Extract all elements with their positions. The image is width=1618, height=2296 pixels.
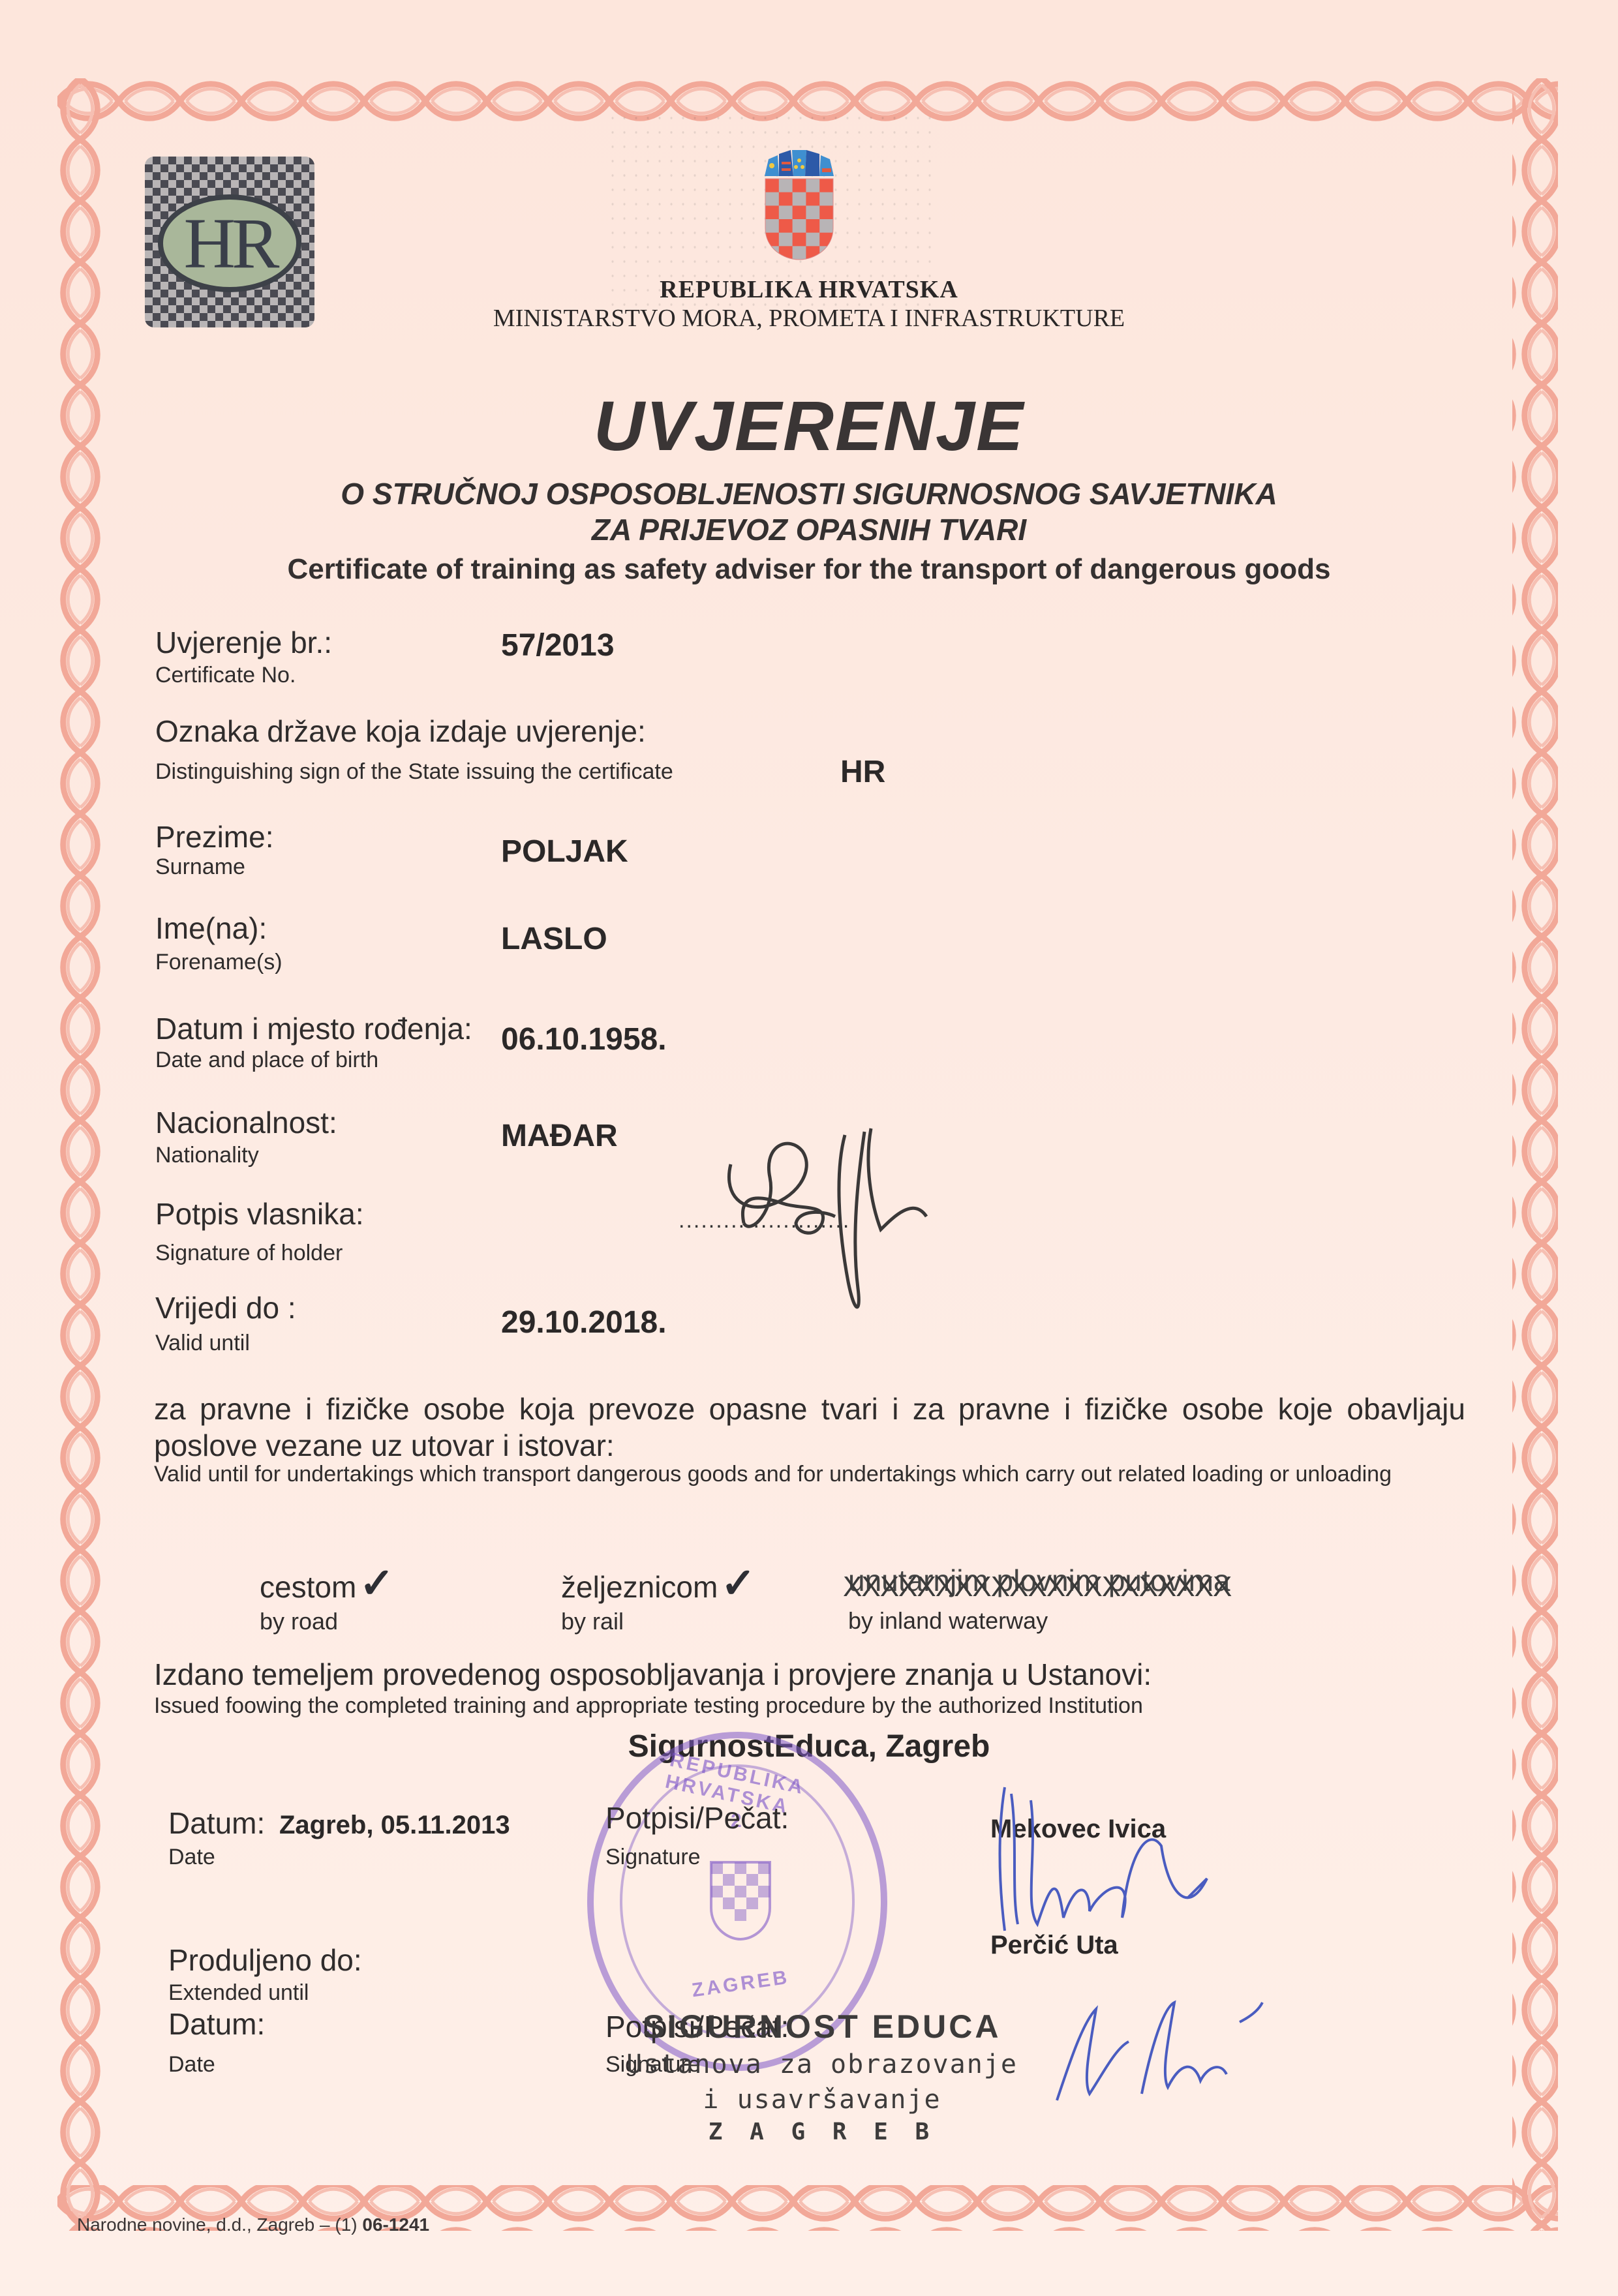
extended-until-label-en: Extended until [168,1980,309,2006]
subtitle-line-2: ZA PRIJEVOZ OPASNIH TVARI [0,512,1618,547]
forename-value: LASLO [501,921,607,957]
certificate-no-value: 57/2013 [501,627,615,663]
checkmark-icon: ✓ [721,1560,756,1607]
extended-until-label: Produljeno do: [168,1942,362,1978]
stamp-signature-label-en: Signature [605,1845,701,1870]
issuance-text: Izdano temeljem provedenog osposobljavan… [154,1657,1152,1692]
surname-value: POLJAK [501,834,628,869]
surname-label-en: Surname [155,854,245,880]
state-sign-label: Oznaka države koja izdaje uvjerenje: [155,714,646,749]
signatory-2-signature-icon [1044,1983,1266,2117]
extension-date-label: Datum: [168,2006,265,2042]
nationality-label-en: Nationality [155,1143,259,1168]
birth-label-en: Date and place of birth [155,1048,378,1073]
strike-out-marks: XXXXXXXXXXXXXXXXXXXXX [843,1571,1231,1603]
croatian-coat-of-arms-icon [763,150,835,261]
stamp-signature-label: Potpisi/Pečat: [605,1800,789,1835]
holder-signature-icon [724,1119,998,1337]
ministry-name: MINISTARSTVO MORA, PROMETA I INFRASTRUKT… [0,304,1618,333]
subtitle-line-1: O STRUČNOJ OSPOSOBLJENOSTI SIGURNOSNOG S… [0,476,1618,511]
signature-label-en: Signature of holder [155,1241,343,1266]
checkmark-icon: ✓ [359,1560,395,1607]
mode-road-label-en: by road [260,1608,394,1635]
extension-date-label-en: Date [168,2052,215,2077]
certificate-page: HR REPUBLI [0,0,1618,2296]
institution-stamp-line-4: Z A G R E B [339,2119,1305,2145]
mode-road: cestom ✓ by road [260,1559,394,1635]
forename-label: Ime(na): [155,911,267,946]
birth-value: 06.10.1958. [501,1021,667,1057]
signatory-1-signature-icon [992,1774,1240,1954]
hr-badge-text: HR [184,202,276,285]
mode-waterway-label-en: by inland waterway [848,1607,1230,1635]
issue-date-label-en: Date [168,1845,215,1870]
valid-until-value: 29.10.2018. [501,1305,667,1340]
stamp-coat-of-arms-icon [708,1849,773,1944]
valid-until-label: Vrijedi do : [155,1290,296,1325]
issue-date-label: Datum: [168,1805,265,1841]
mode-waterway-label: unutarnjim plovnim putovima XXXXXXXXXXXX… [848,1563,1230,1598]
nationality-label: Nacionalnost: [155,1105,337,1140]
mode-rail-label-en: by rail [561,1608,756,1635]
form-code: 06-1241 [362,2214,429,2235]
certificate-no-label: Uvjerenje br.: [155,625,332,660]
nationality-value: MAĐAR [501,1118,618,1154]
mode-rail-label: željeznicom [561,1570,718,1604]
document-title: UVJERENJE [0,385,1618,466]
mode-rail: željeznicom ✓ by rail [561,1559,756,1635]
scope-text: za pravne i fizičke osobe koja prevoze o… [154,1391,1465,1464]
birth-label: Datum i mjesto rođenja: [155,1011,472,1046]
signature-label: Potpis vlasnika: [155,1196,364,1231]
mode-inland-waterway: unutarnjim plovnim putovima XXXXXXXXXXXX… [848,1563,1230,1635]
state-sign-value: HR [840,754,885,790]
mode-road-label: cestom [260,1570,356,1604]
surname-label: Prezime: [155,819,273,854]
issue-date-value: Zagreb, 05.11.2013 [279,1811,510,1840]
forename-label-en: Forename(s) [155,950,282,975]
state-sign-label-en: Distinguishing sign of the State issuing… [155,759,673,785]
subtitle-english: Certificate of training as safety advise… [0,553,1618,586]
valid-until-label-en: Valid until [155,1331,250,1356]
printer-imprint: Narodne novine, d.d., Zagreb – (1) 06-12… [77,2214,429,2235]
certificate-no-label-en: Certificate No. [155,663,296,688]
country-name: REPUBLIKA HRVATSKA [0,275,1618,304]
scope-text-en: Valid until for undertakings which trans… [154,1460,1465,1488]
printer-name: Narodne novine, d.d., Zagreb – (1) [77,2214,358,2235]
issuance-text-en: Issued foowing the completed training an… [154,1693,1143,1719]
